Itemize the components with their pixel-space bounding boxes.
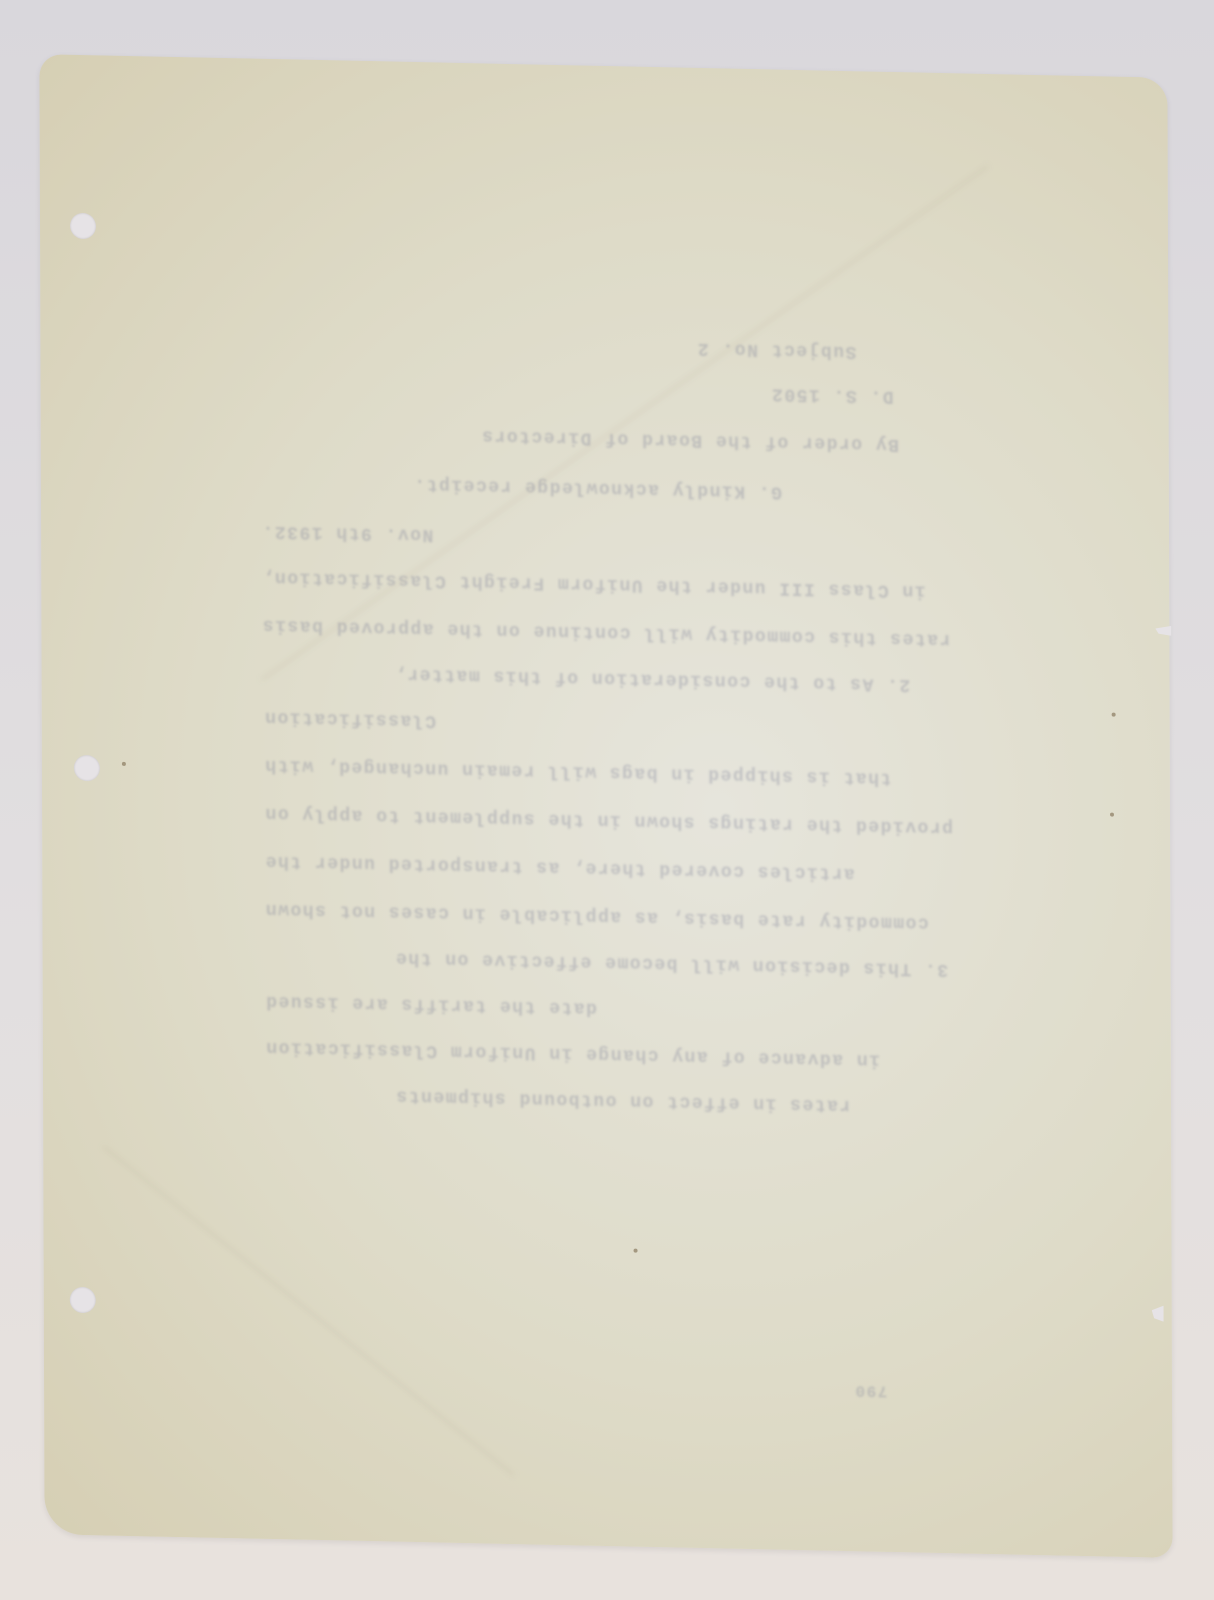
bleed-through-text: Subject No. 2 D. S. 1502 By order of the… [39,54,1167,78]
text-line: commodity rate basis, as applicable in c… [264,899,928,933]
text-line: Subject No. 2 [696,338,856,361]
punch-hole-middle [74,755,100,782]
text-line: Classification [264,707,436,731]
text-line: provided the ratings shown in the supple… [264,803,953,837]
text-line: that is shipped in bags will remain unch… [264,755,891,788]
paper-speck [634,1249,638,1253]
text-line: G. Kindly acknowledge receipt. [413,474,782,502]
text-line: rates in effect on outbound shipments [395,1086,850,1116]
page-mark: 790 [854,1381,887,1400]
text-line: in advance of any change in Uniform Clas… [265,1037,880,1070]
text-line: articles covered there, as transported u… [264,851,855,883]
paper-speck [1112,713,1116,717]
text-line: rates this commodity will continue on th… [261,615,950,649]
text-line: 3. This decision will become effective o… [395,948,949,980]
punch-hole-bottom [70,1287,96,1314]
fold-crease [261,165,988,680]
paper-speck [1110,813,1114,817]
fold-crease [103,1146,515,1476]
edge-tear-lower [1152,1305,1164,1321]
text-line: Nov. 9th 1932. [261,521,433,545]
text-line: 2. As to the consideration of this matte… [394,664,911,695]
paper-sheet: Subject No. 2 D. S. 1502 By order of the… [39,54,1172,1558]
paper-speck [122,762,126,766]
text-line: in Class III under the Uniform Freight C… [261,567,925,601]
text-line: date the tariffs are issued [265,991,597,1018]
punch-hole-top [70,213,96,240]
edge-tear [1155,626,1171,636]
text-line: By order of the Board of Directors [481,425,899,454]
text-line: D. S. 1502 [771,383,894,406]
